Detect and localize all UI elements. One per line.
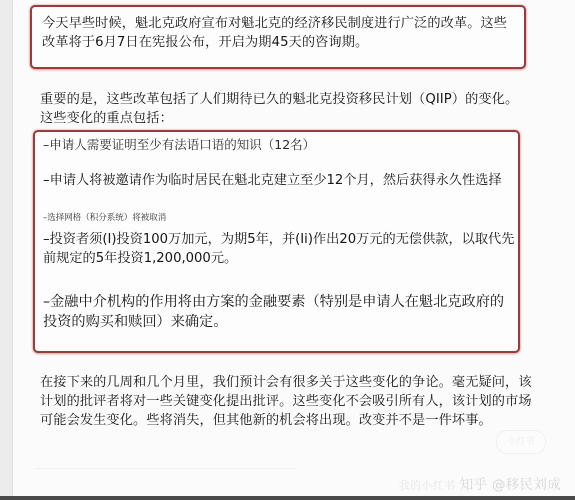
highlight-box-key-changes: –申请人需要证明至少有法语口语的知识（12名） –申请人将被邀请作为临时居民在魁…: [33, 130, 520, 353]
change-item-financial-intermediaries: –金融中介机构的作用将由方案的金融要素（特别是申请人在魁北克政府的投资的购买和赎…: [43, 292, 517, 332]
paragraph-qiip-intro: 重要的是，这些改革包括了人们期待已久的魁北克投资移民计划（QIIP）的变化。这些…: [40, 90, 530, 128]
change-item-selection-grid: –选择网格（积分系统）将被取消: [43, 212, 517, 224]
paragraph-outlook: 在接下来的几周和几个月里，我们预计会有很多关于这些变化的争论。毫无疑问，该计划的…: [40, 373, 540, 430]
document-page: 今天早些时候，魁北克政府宣布对魁北克的经济移民制度进行广泛的改革。这些改革将于6…: [13, 0, 575, 496]
watermark-main: 知乎 @移民刘成: [460, 477, 561, 493]
left-edge-strip: [0, 0, 13, 500]
change-item-investment-amount: –投资者须(I)投资100万加元，为期5年，并(Ii)作出20万元的无偿供款，以…: [43, 230, 517, 268]
faint-pill-button[interactable]: 小红书: [496, 430, 546, 454]
divider: [35, 468, 295, 469]
highlight-box-announcement: 今天早些时候，魁北克政府宣布对魁北克的经济移民制度进行广泛的改革。这些改革将于6…: [30, 5, 526, 69]
change-item-french-requirement: –申请人需要证明至少有法语口语的知识（12名）: [43, 136, 517, 153]
bottom-edge-bar: [0, 496, 575, 500]
change-item-temporary-residence: –申请人将被邀请作为临时居民在魁北克建立至少12个月，然后获得永久性选择: [43, 172, 517, 190]
watermark: 我的小红书 知乎 @移民刘成: [399, 473, 561, 493]
watermark-prefix: 我的小红书: [399, 479, 456, 492]
announcement-text: 今天早些时候，魁北克政府宣布对魁北克的经济移民制度进行广泛的改革。这些改革将于6…: [42, 16, 507, 50]
